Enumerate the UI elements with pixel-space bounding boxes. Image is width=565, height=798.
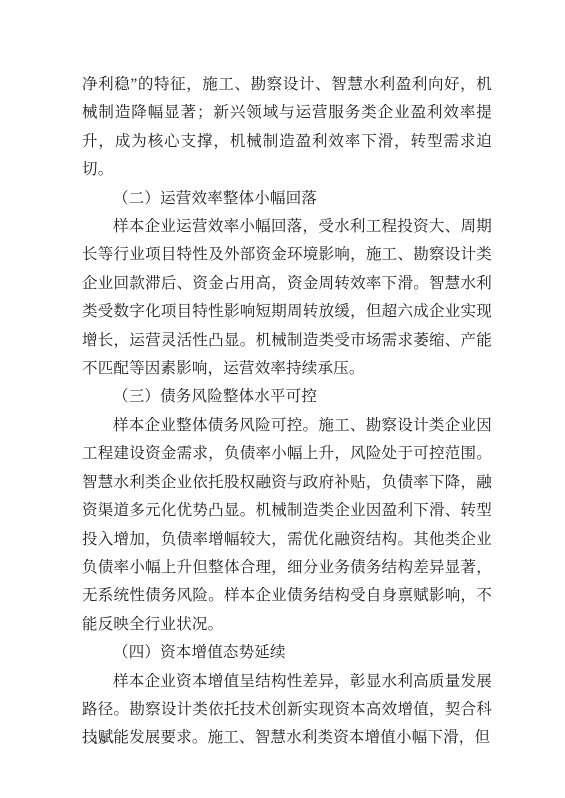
paragraph-debt-risk: 样本企业整体债务风险可控。施工、勘察设计类企业因工程建设资金需求，负债率小幅上升… bbox=[82, 412, 492, 639]
paragraph-operational-efficiency: 样本企业运营效率小幅回落，受水利工程投资大、周期长等行业项目特性及外部资金环境影… bbox=[82, 213, 492, 383]
paragraph-capital-appreciation: 样本企业资本增值呈结构性差异，彰显水利高质量发展路径。勘察设计类依托技术创新实现… bbox=[82, 668, 492, 753]
section-heading-capital-appreciation: （四）资本增值态势延续 bbox=[82, 639, 492, 667]
page-number: - 16 - bbox=[84, 734, 115, 748]
section-heading-debt-risk: （三）债务风险整体水平可控 bbox=[82, 383, 492, 411]
section-heading-operational-efficiency: （二）运营效率整体小幅回落 bbox=[82, 185, 492, 213]
document-body: 净利稳”的特征，施工、勘察设计、智慧水利盈利向好，机械制造降幅显著；新兴领域与运… bbox=[82, 71, 492, 753]
paragraph-continuation: 净利稳”的特征，施工、勘察设计、智慧水利盈利向好，机械制造降幅显著；新兴领域与运… bbox=[82, 71, 492, 185]
document-page: 净利稳”的特征，施工、勘察设计、智慧水利盈利向好，机械制造降幅显著；新兴领域与运… bbox=[0, 0, 565, 798]
